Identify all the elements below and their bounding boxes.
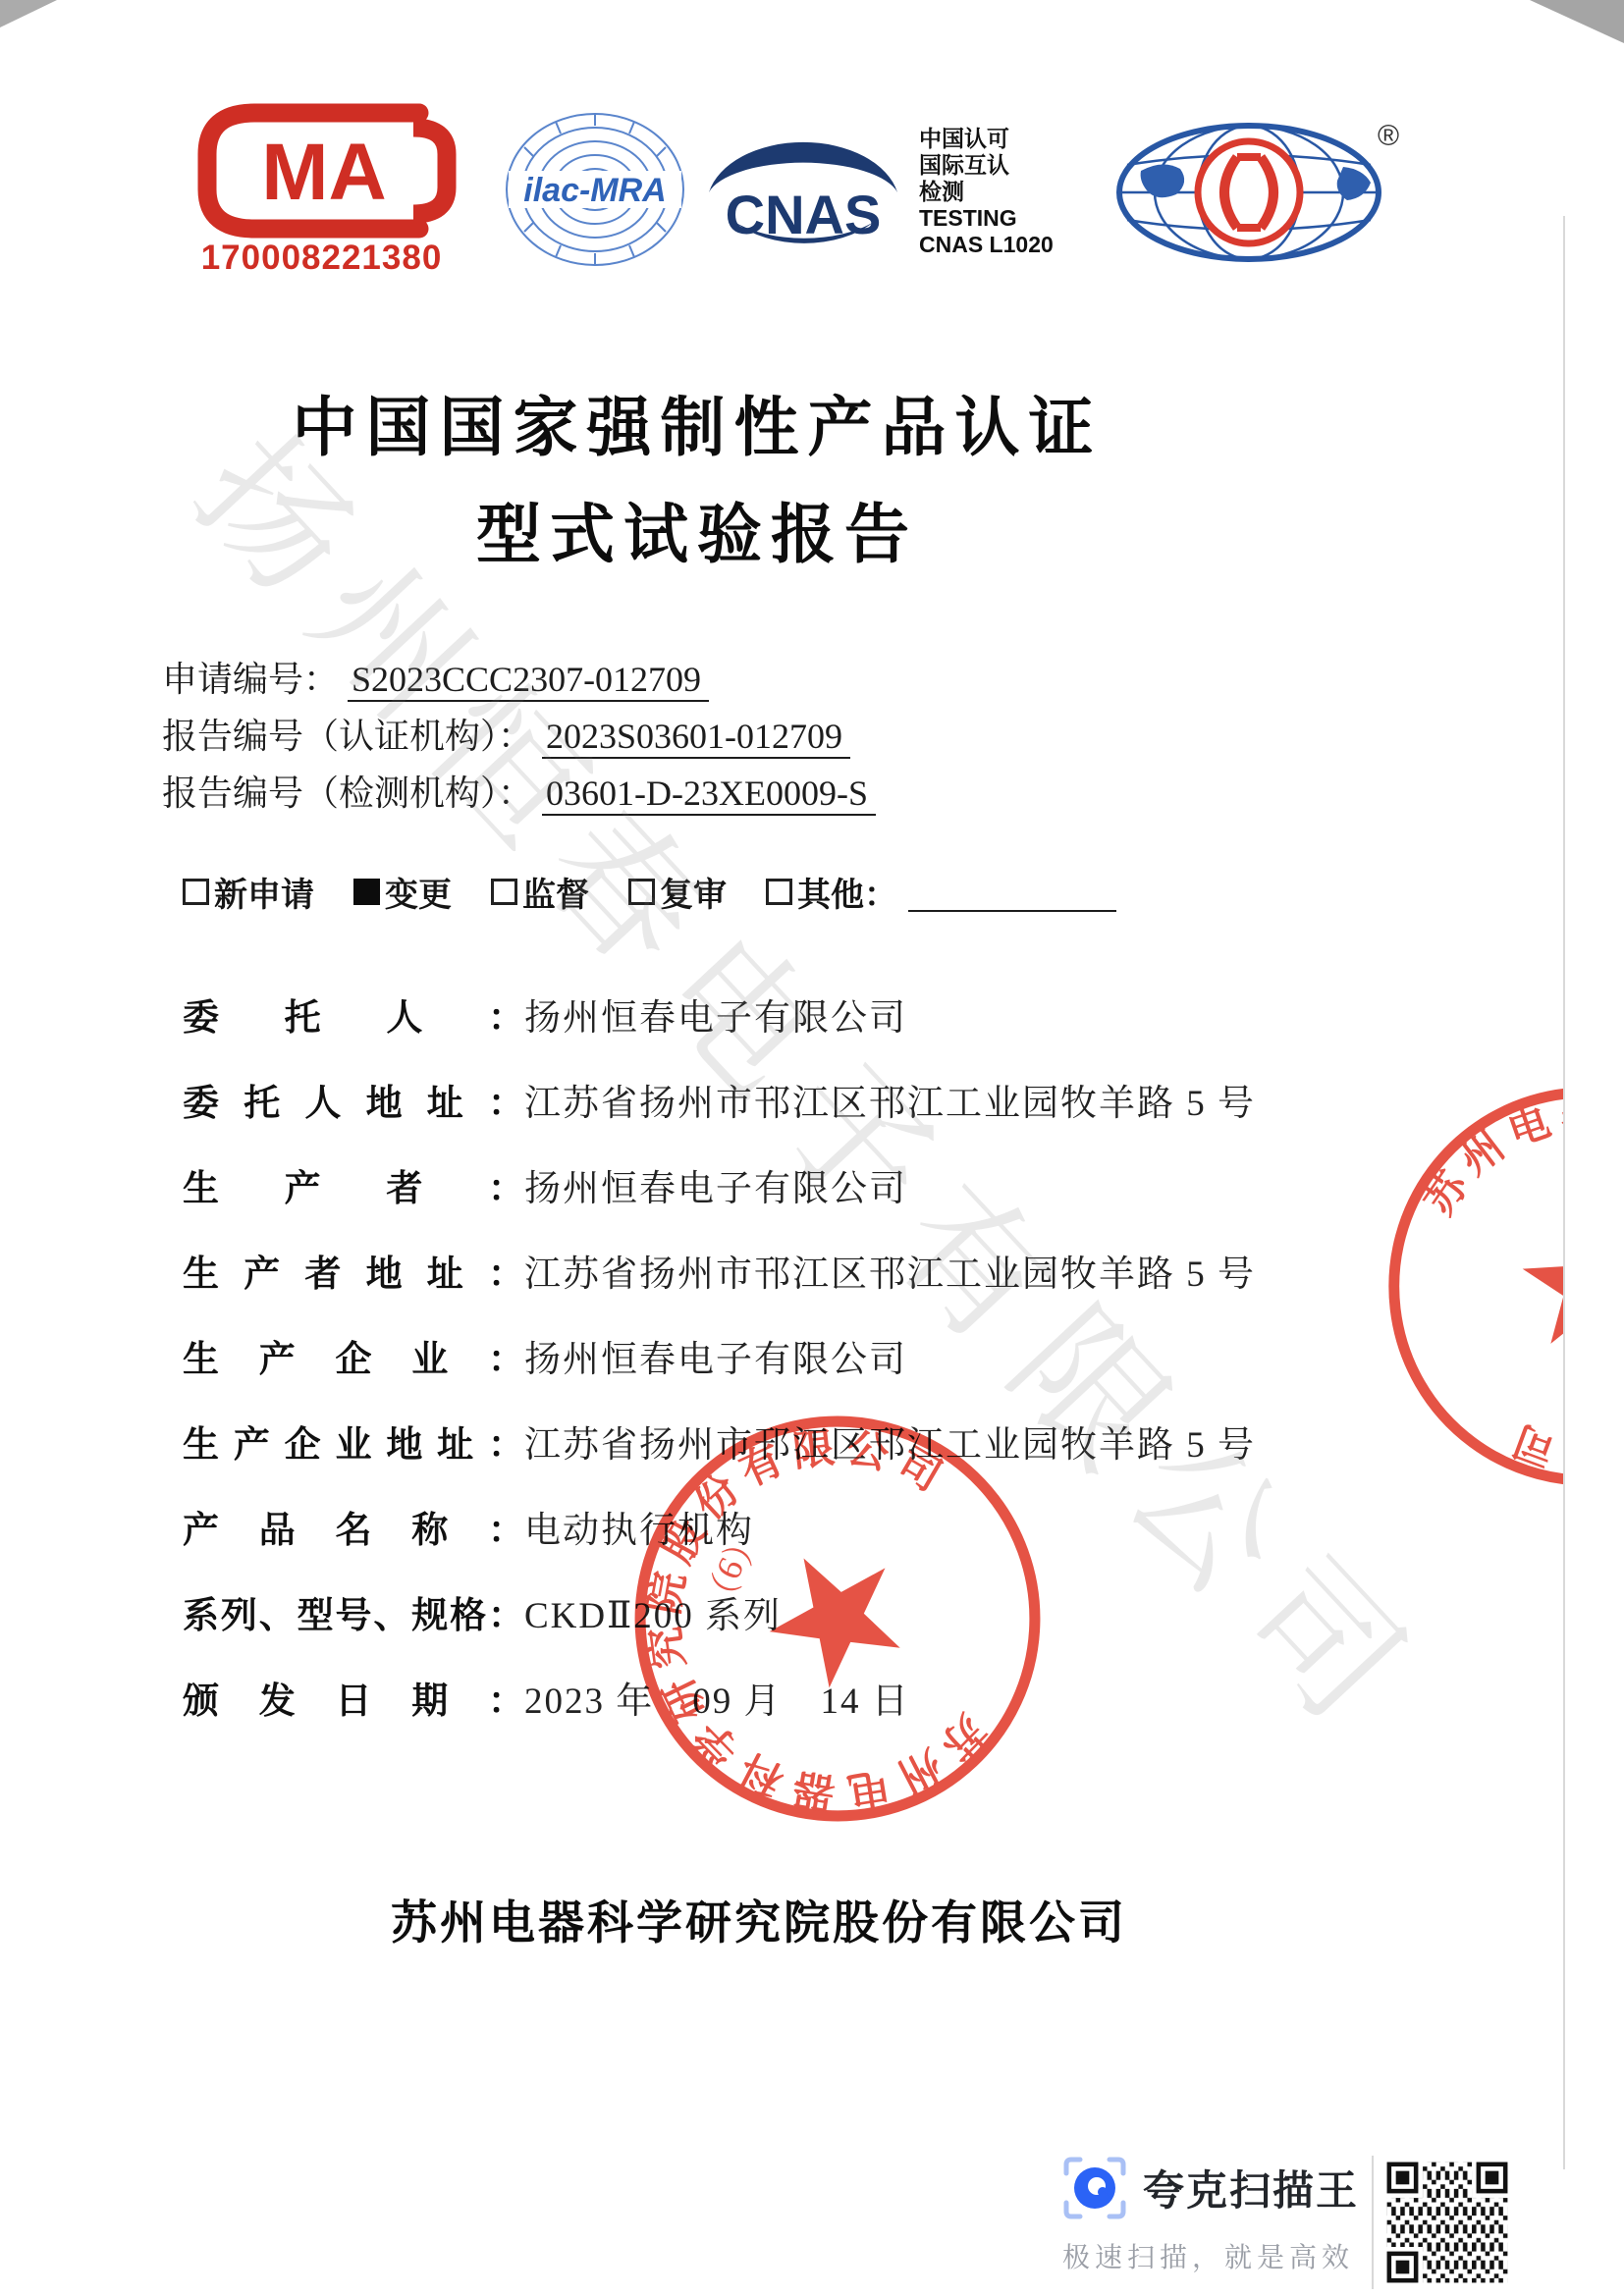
option-supervision-label: 监督 bbox=[522, 868, 589, 916]
field-row-consignor: 委托人： 扬州恒春电子有限公司 bbox=[183, 988, 1256, 1035]
option-supervision: 监督 bbox=[491, 868, 589, 916]
option-change-label: 变更 bbox=[385, 868, 452, 916]
producer-value: 扬州恒春电子有限公司 bbox=[524, 1158, 907, 1211]
registered-trademark-symbol: ® bbox=[1378, 120, 1399, 152]
application-type-options: 新申请 变更 监督 复审 其他： bbox=[183, 868, 1116, 916]
application-number-row: 申请编号： S2023CCC2307-012709 bbox=[162, 656, 876, 703]
option-new-application-label: 新申请 bbox=[214, 868, 314, 916]
scan-margin-strip bbox=[1565, 0, 1624, 2296]
option-change: 变更 bbox=[353, 868, 452, 916]
scanner-app-tagline: 极速扫描，就是高效 bbox=[1062, 2236, 1359, 2275]
scan-corner-artifact-right bbox=[1530, 0, 1624, 43]
cert-body-report-number-value: 2023S03601-012709 bbox=[542, 717, 850, 759]
scan-page-edge-line bbox=[1563, 216, 1565, 2169]
option-review: 复审 bbox=[628, 868, 727, 916]
accreditation-text-block: 中国认可 国际互认 检测 TESTING CNAS L1020 bbox=[919, 126, 1086, 258]
consignor-address-label: 委托人地址： bbox=[183, 1073, 524, 1126]
application-number-value: S2023CCC2307-012709 bbox=[348, 660, 709, 702]
cma-certificate-number: 170008221380 bbox=[182, 239, 461, 278]
cma-logo-icon: MA bbox=[191, 101, 464, 240]
field-row-consignor-address: 委托人地址： 江苏省扬州市邗江区邗江工业园牧羊路 5 号 bbox=[183, 1073, 1256, 1120]
producer-address-value: 江苏省扬州市邗江区邗江工业园牧羊路 5 号 bbox=[524, 1244, 1256, 1297]
field-row-producer-address: 生产者地址： 江苏省扬州市邗江区邗江工业园牧羊路 5 号 bbox=[183, 1244, 1256, 1291]
cma-letters: MA bbox=[261, 128, 387, 217]
checkbox-review bbox=[628, 879, 655, 905]
accreditation-line-1: 中国认可 bbox=[919, 126, 1086, 152]
ilac-mra-logo-icon: ilac-MRA bbox=[501, 110, 689, 269]
scan-corner-artifact-left bbox=[0, 0, 57, 27]
title-line-2: 型式试验报告 bbox=[162, 482, 1232, 575]
test-body-report-number-value: 03601-D-23XE0009-S bbox=[542, 774, 876, 816]
consignor-address-value: 江苏省扬州市邗江区邗江工业园牧羊路 5 号 bbox=[524, 1073, 1256, 1126]
option-new-application: 新申请 bbox=[183, 868, 314, 916]
document-title: 中国国家强制性产品认证 型式试验报告 bbox=[162, 375, 1232, 575]
application-number-label: 申请编号： bbox=[162, 660, 339, 699]
consignor-value: 扬州恒春电子有限公司 bbox=[524, 988, 907, 1041]
manufacturer-label: 生产企业： bbox=[183, 1329, 524, 1382]
report-number-block: 申请编号： S2023CCC2307-012709 报告编号（认证机构）： 20… bbox=[162, 656, 876, 817]
scanned-report-page: 扬州恒春电子有限公司 MA 170008221380 bbox=[0, 0, 1624, 2296]
other-blank-line bbox=[908, 910, 1116, 912]
issuing-organization: 苏州电器科学研究院股份有限公司 bbox=[391, 1887, 1127, 1952]
producer-label: 生产者： bbox=[183, 1158, 524, 1211]
footer-divider bbox=[1372, 2156, 1374, 2289]
series-model-spec-label: 系列、型号、规格： bbox=[183, 1585, 524, 1638]
ilac-mra-label: ilac-MRA bbox=[523, 172, 666, 209]
checkbox-supervision bbox=[491, 879, 517, 905]
option-review-label: 复审 bbox=[660, 868, 727, 916]
cnas-logo-icon: CNAS bbox=[701, 118, 905, 259]
producer-address-label: 生产者地址： bbox=[183, 1244, 524, 1297]
checkbox-new-application bbox=[183, 879, 209, 905]
scanner-app-footer: 夸克扫描王 极速扫描，就是高效 bbox=[1062, 2156, 1359, 2275]
option-other: 其他： bbox=[766, 868, 1116, 916]
field-row-producer: 生产者： 扬州恒春电子有限公司 bbox=[183, 1158, 1256, 1205]
cert-body-report-number-label: 报告编号（认证机构）： bbox=[162, 717, 533, 756]
test-body-report-number-row: 报告编号（检测机构）： 03601-D-23XE0009-S bbox=[162, 770, 876, 817]
logo-row: MA 170008221380 ilac-MRA bbox=[0, 0, 1624, 314]
consignor-label: 委托人： bbox=[183, 988, 524, 1041]
title-line-1: 中国国家强制性产品认证 bbox=[162, 375, 1232, 468]
quark-scanner-logo-icon bbox=[1062, 2156, 1127, 2220]
issue-date-label: 颁发日期： bbox=[183, 1671, 524, 1724]
accreditation-line-4: TESTING bbox=[919, 205, 1086, 232]
option-other-label: 其他： bbox=[797, 868, 897, 916]
scanner-app-name: 夸克扫描王 bbox=[1143, 2159, 1359, 2217]
qr-code bbox=[1382, 2158, 1512, 2287]
accreditation-line-3: 检测 bbox=[919, 179, 1086, 205]
checkbox-change-checked bbox=[353, 879, 380, 905]
manufacturer-address-label: 生产企业地址： bbox=[183, 1415, 524, 1468]
globe-certification-logo-icon: ® bbox=[1111, 110, 1406, 267]
scanner-app-header: 夸克扫描王 bbox=[1062, 2156, 1359, 2220]
cnas-label: CNAS bbox=[726, 184, 882, 245]
test-body-report-number-label: 报告编号（检测机构）： bbox=[162, 774, 533, 813]
checkbox-other bbox=[766, 879, 792, 905]
product-name-label: 产品名称： bbox=[183, 1500, 524, 1553]
accreditation-line-5: CNAS L1020 bbox=[919, 232, 1086, 258]
accreditation-line-2: 国际互认 bbox=[919, 152, 1086, 179]
cert-body-report-number-row: 报告编号（认证机构）： 2023S03601-012709 bbox=[162, 713, 876, 760]
